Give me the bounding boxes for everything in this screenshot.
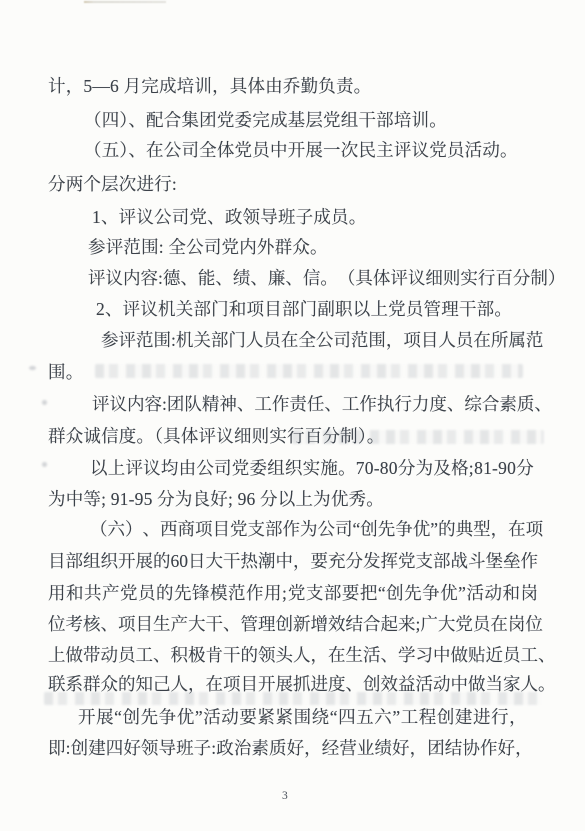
text-line: 位考核、项目生产大干、管理创新增效结合起来; 广大党员在岗位 (48, 614, 538, 634)
text-line: 用和共产党员的先锋模范作用; 党支部要把“创先争优”活动和岗 (48, 583, 538, 603)
text-line: 围。 (48, 362, 83, 382)
scan-artifact-speck (42, 462, 47, 467)
text-line: 目部组织开展的 60 日大干热潮中，要充分发挥党支部战斗堡垒作 (48, 551, 538, 571)
scan-artifact-topline (84, 1, 166, 3)
text-line: 参评范围: 机关部门人员在全公司范围，项目人员在所属范 (101, 330, 538, 350)
text-line: 分两个层次进行: (48, 174, 177, 194)
text-line: 开展“创先争优”活动要紧紧围绕“四五六”工程创建进行， (78, 707, 527, 727)
page-number: 3 (282, 790, 288, 802)
scan-artifact-ghost (292, 430, 544, 444)
text-line: （四）、配合集团党委完成基层党组干部培训。 (84, 110, 447, 130)
text-line: 评议内容: 德、能、绩、廉、信。（具体评议细则实行百分制） (88, 268, 518, 288)
text-line: 计，5—6 月完成培训，具体由乔勤负责。 (48, 76, 371, 96)
text-line: 即: 创建四好领导班子: 政治素质好，经营业绩好，团结协作好， (48, 738, 533, 758)
text-line: 以上评议均由公司党委组织实施。70-80 分为及格; 81-90 分 (90, 458, 534, 478)
scan-artifact-speck (29, 366, 36, 370)
text-line: 2、评议机关部门和项目部门副职以上党员管理干部。 (96, 299, 512, 319)
document-page: 计，5—6 月完成培训，具体由乔勤负责。（四）、配合集团党委完成基层党组干部培训… (0, 0, 585, 831)
text-line: 参评范围: 全公司党内外群众。 (88, 237, 328, 257)
text-line: 1、评议公司党、政领导班子成员。 (92, 207, 366, 227)
text-line: （五）、在公司全体党员中开展一次民主评议党员活动。 (84, 140, 518, 160)
scan-artifact-ghost (44, 692, 542, 705)
text-line: （六）、西商项目党支部作为公司“创先争优”的典型，在项 (90, 519, 538, 539)
text-line: 联系群众的知己人，在项目开展抓进度、创效益活动中做当家人。 (48, 674, 538, 694)
scan-artifact-ghost (95, 364, 523, 378)
text-line: 为中等; 91-95 分为良好; 96 分以上为优秀。 (48, 489, 384, 509)
text-line: 评议内容: 团队精神、工作责任、工作执行力度、综合素质、 (92, 394, 538, 414)
text-line: 上做带动员工、积极肯干的领头人，在生活、学习中做贴近员工、 (48, 645, 538, 665)
scan-artifact-speck (42, 400, 47, 405)
